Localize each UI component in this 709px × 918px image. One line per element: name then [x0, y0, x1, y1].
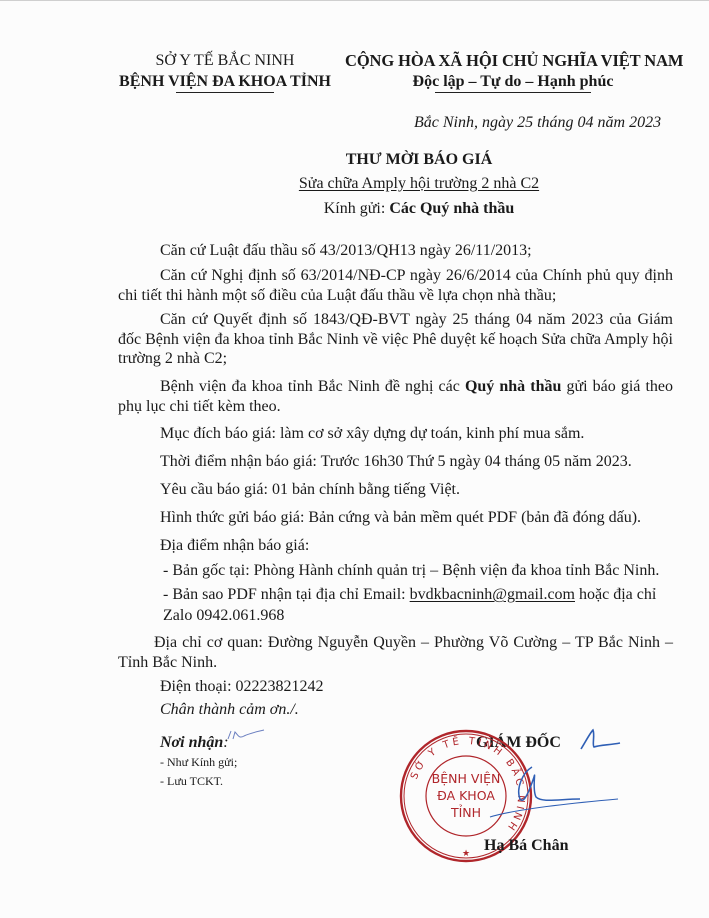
svg-text:★: ★ [462, 849, 470, 859]
basis-decision: Căn cứ Quyết định số 1843/QĐ-BVT ngày 25… [118, 310, 673, 369]
quote-location-original: - Bản gốc tại: Phòng Hành chính quản trị… [163, 562, 659, 580]
office-address: Địa chỉ cơ quan: Đường Nguyễn Quyền – Ph… [118, 633, 673, 672]
motto-underline [435, 92, 591, 93]
initial-mark-icon [226, 727, 266, 745]
recipients-label: Nơi nhận: [160, 734, 229, 752]
ministry-name: SỞ Y TẾ BẮC NINH [100, 50, 350, 71]
date-line: Bắc Ninh, ngày 25 tháng 04 năm 2023 [414, 114, 661, 132]
initial-signature-icon [578, 727, 622, 753]
basis-decree: Căn cứ Nghị định số 63/2014/NĐ-CP ngày 2… [118, 266, 673, 305]
greeting: Kính gửi: Các Quý nhà thầu [260, 200, 578, 218]
quote-purpose: Mục đích báo giá: làm cơ sở xây dựng dự … [160, 425, 584, 443]
director-signature-icon [470, 759, 620, 829]
request-text-before: Bệnh viện đa khoa tỉnh Bắc Ninh đề nghị … [160, 378, 465, 395]
copy-text-after: hoặc địa chỉ [575, 586, 656, 603]
document-subject: Sửa chữa Amply hội trường 2 nhà C2 [260, 175, 578, 193]
document-page: SỞ Y TẾ BẮC NINH BỆNH VIỆN ĐA KHOA TỈNH … [0, 0, 709, 918]
national-motto: Độc lập – Tự do – Hạnh phúc [345, 71, 681, 92]
phone-number: Điện thoại: 02223821242 [160, 678, 324, 696]
greeting-recipient: Các Quý nhà thầu [389, 200, 514, 217]
recipients-label-text: Nơi nhận [160, 734, 223, 751]
director-name: Hạ Bá Chân [484, 837, 568, 855]
quote-deadline: Thời điểm nhận báo giá: Trước 16h30 Thứ … [160, 453, 632, 471]
hospital-name: BỆNH VIỆN ĐA KHOA TỈNH [100, 71, 350, 92]
quote-location-copy: - Bản sao PDF nhận tại địa chỉ Email: bv… [163, 586, 656, 604]
greeting-label: Kính gửi: [324, 200, 390, 217]
header-underline [176, 92, 274, 93]
zalo-contact: Zalo 0942.061.968 [163, 607, 284, 625]
agency-header: SỞ Y TẾ BẮC NINH BỆNH VIỆN ĐA KHOA TỈNH [100, 50, 350, 92]
motto-text: Độc lập – Tự do – Hạnh phúc [413, 73, 614, 90]
thanks-line: Chân thành cảm ơn./. [160, 701, 299, 719]
basis-law: Căn cứ Luật đấu thầu số 43/2013/QH13 ngà… [118, 241, 673, 261]
recipient-item: - Lưu TCKT. [160, 774, 223, 789]
quote-format: Hình thức gửi báo giá: Bản cứng và bản m… [160, 509, 641, 527]
copy-text-before: - Bản sao PDF nhận tại địa chỉ Email: [163, 586, 410, 603]
request-text-bold: Quý nhà thầu [465, 378, 561, 395]
hospital-name-text: BỆNH VIỆN ĐA KHOA TỈNH [119, 73, 331, 90]
document-title: THƯ MỜI BÁO GIÁ [260, 151, 578, 169]
quote-requirement: Yêu cầu báo giá: 01 bản chính bằng tiếng… [160, 481, 460, 499]
national-header: CỘNG HÒA XÃ HỘI CHỦ NGHĨA VIỆT NAM Độc l… [345, 50, 681, 92]
request-paragraph: Bệnh viện đa khoa tỉnh Bắc Ninh đề nghị … [118, 377, 673, 416]
republic-name: CỘNG HÒA XÃ HỘI CHỦ NGHĨA VIỆT NAM [345, 50, 681, 71]
quote-location-label: Địa điểm nhận báo giá: [160, 537, 309, 555]
recipient-item: - Như Kính gửi; [160, 755, 237, 770]
email-link[interactable]: bvdkbacninh@gmail.com [410, 586, 575, 603]
